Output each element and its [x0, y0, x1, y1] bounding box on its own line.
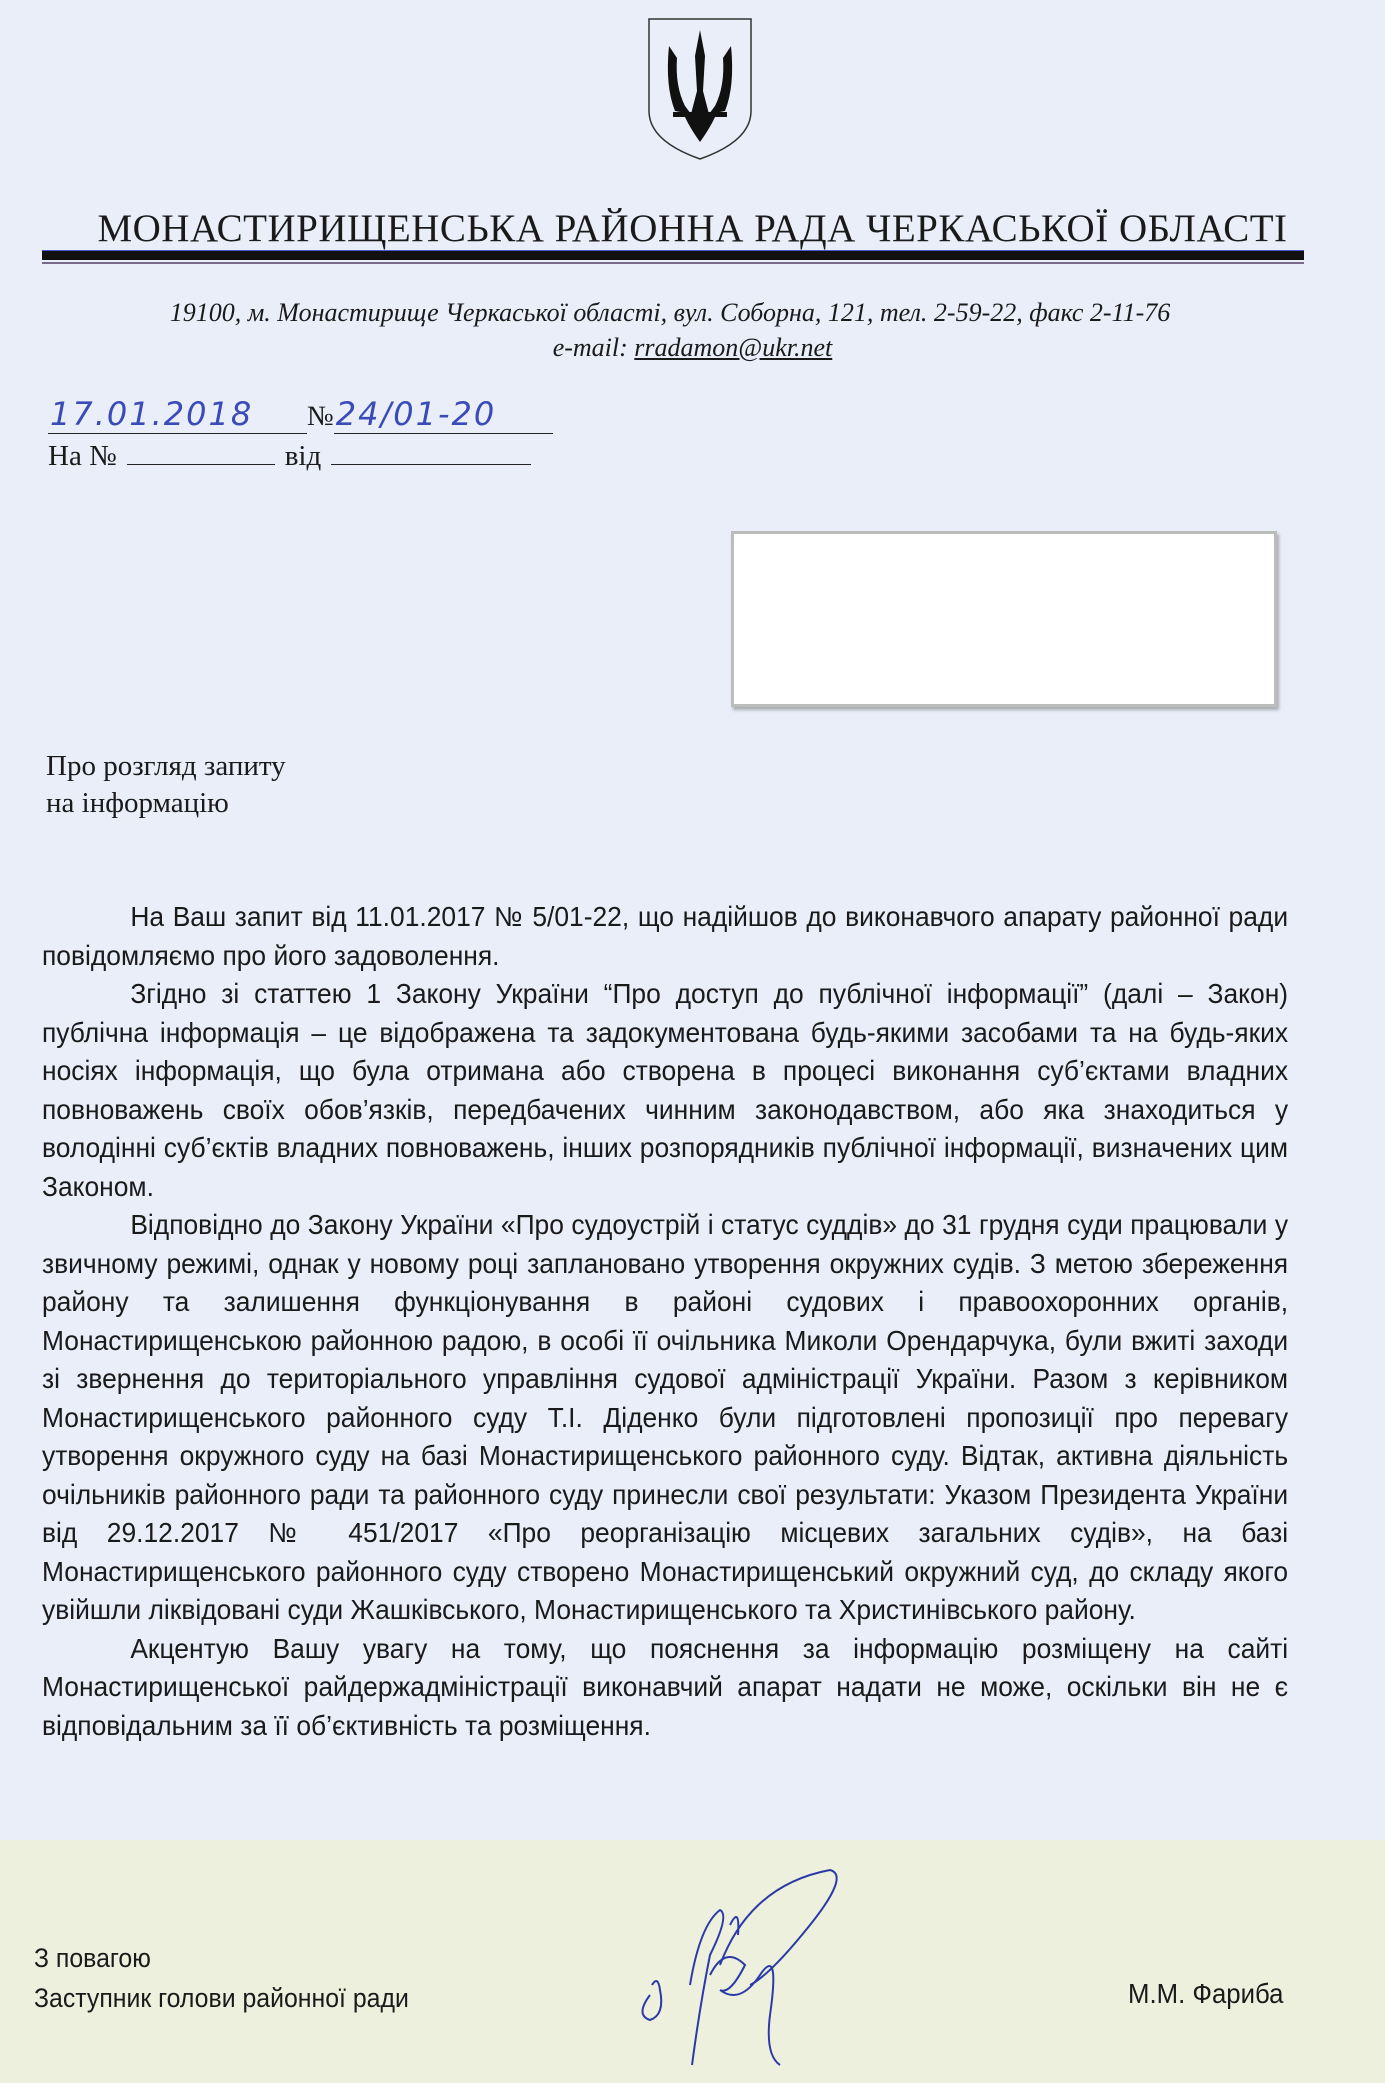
signer-position: Заступник голови районної ради [34, 1978, 409, 2018]
incoming-number-label: На № [48, 440, 117, 472]
trident-coat-of-arms-icon [645, 16, 755, 162]
email-link[interactable]: rradamon@ukr.net [634, 333, 832, 362]
incoming-date-blank [331, 444, 531, 465]
body-paragraph: Відповідно до Закону України «Про судоус… [42, 1206, 1288, 1630]
body-paragraph: Згідно зі статтею 1 Закону України “Про … [42, 975, 1288, 1206]
subject-line-2: на інформацію [46, 785, 286, 822]
outgoing-reference: 17.01.2018№24/01-20 [48, 395, 553, 434]
email-line: e-mail: rradamon@ukr.net [0, 333, 1385, 363]
incoming-date-label: від [285, 440, 322, 472]
subject-line-1: Про розгляд запиту [46, 748, 286, 785]
number-sign: № [307, 401, 334, 432]
organization-address: 19100, м. Монастирище Черкаської області… [60, 298, 1280, 328]
incoming-number-blank [127, 444, 275, 465]
outgoing-number: 24/01-20 [334, 395, 553, 434]
letter-subject: Про розгляд запиту на інформацію [46, 748, 286, 822]
incoming-reference: На №від [48, 440, 531, 473]
body-paragraph: На Ваш запит від 11.01.2017 № 5/01-22, щ… [42, 898, 1288, 975]
closing-block: З повагою Заступник голови районної ради [34, 1938, 409, 2018]
outgoing-date: 17.01.2018 [48, 395, 307, 434]
redacted-recipient-block [731, 531, 1277, 707]
closing-regards: З повагою [34, 1938, 409, 1978]
handwritten-signature-icon [630, 1865, 950, 2083]
email-label: e-mail: [553, 333, 635, 362]
body-paragraph: Акцентую Вашу увагу на тому, що поясненн… [42, 1630, 1288, 1746]
header-rule-thick [42, 250, 1304, 260]
header-rule-thin [42, 262, 1304, 264]
signer-name: М.М. Фариба [1128, 1978, 1284, 2010]
letter-body: На Ваш запит від 11.01.2017 № 5/01-22, щ… [42, 898, 1288, 1745]
organization-title: МОНАСТИРИЩЕНСЬКА РАЙОННА РАДА ЧЕРКАСЬКОЇ… [40, 206, 1345, 251]
